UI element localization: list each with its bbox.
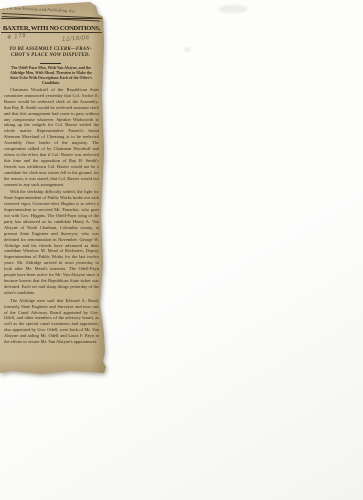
body-paragraph: The Aldridge men said that Edward A. Bon…	[4, 298, 99, 345]
subhead-divider	[40, 63, 61, 64]
headline: BAXTER, WITH NO CONDITIONS,	[0, 25, 103, 32]
paper-smudge	[218, 5, 248, 13]
subheadline: TO BE ASSEMBLY CLERK—FRAN- CHOT'S PLACE …	[0, 47, 101, 59]
paper-smudge	[184, 47, 191, 52]
subheadline-line2: CHOT'S PLACE NOW DISPUTED.	[11, 53, 90, 58]
body-paragraph: Chairman Woodruff of the Republican Stat…	[4, 87, 99, 187]
news-clipping-wrapper: y The Sun Printing and Publishing Ass BA…	[0, 2, 106, 374]
handwritten-number: # 178	[7, 33, 27, 41]
headline-top-rule	[1, 18, 102, 19]
article-body: Chairman Woodruff of the Republican Stat…	[4, 87, 99, 347]
news-clipping: y The Sun Printing and Publishing Ass BA…	[0, 2, 106, 374]
handwritten-annotations: # 178 12/18/06	[0, 33, 100, 46]
scan-page: y The Sun Printing and Publishing Ass BA…	[0, 0, 363, 500]
handwritten-date: 12/18/06	[62, 35, 90, 43]
deck-summary: The Odell-Payn Men, With Van Alstyne, an…	[8, 66, 94, 86]
subheadline-line1: TO BE ASSEMBLY CLERK—FRAN-	[9, 47, 92, 52]
body-paragraph: With the clerkship difficulty settled, t…	[4, 189, 99, 295]
